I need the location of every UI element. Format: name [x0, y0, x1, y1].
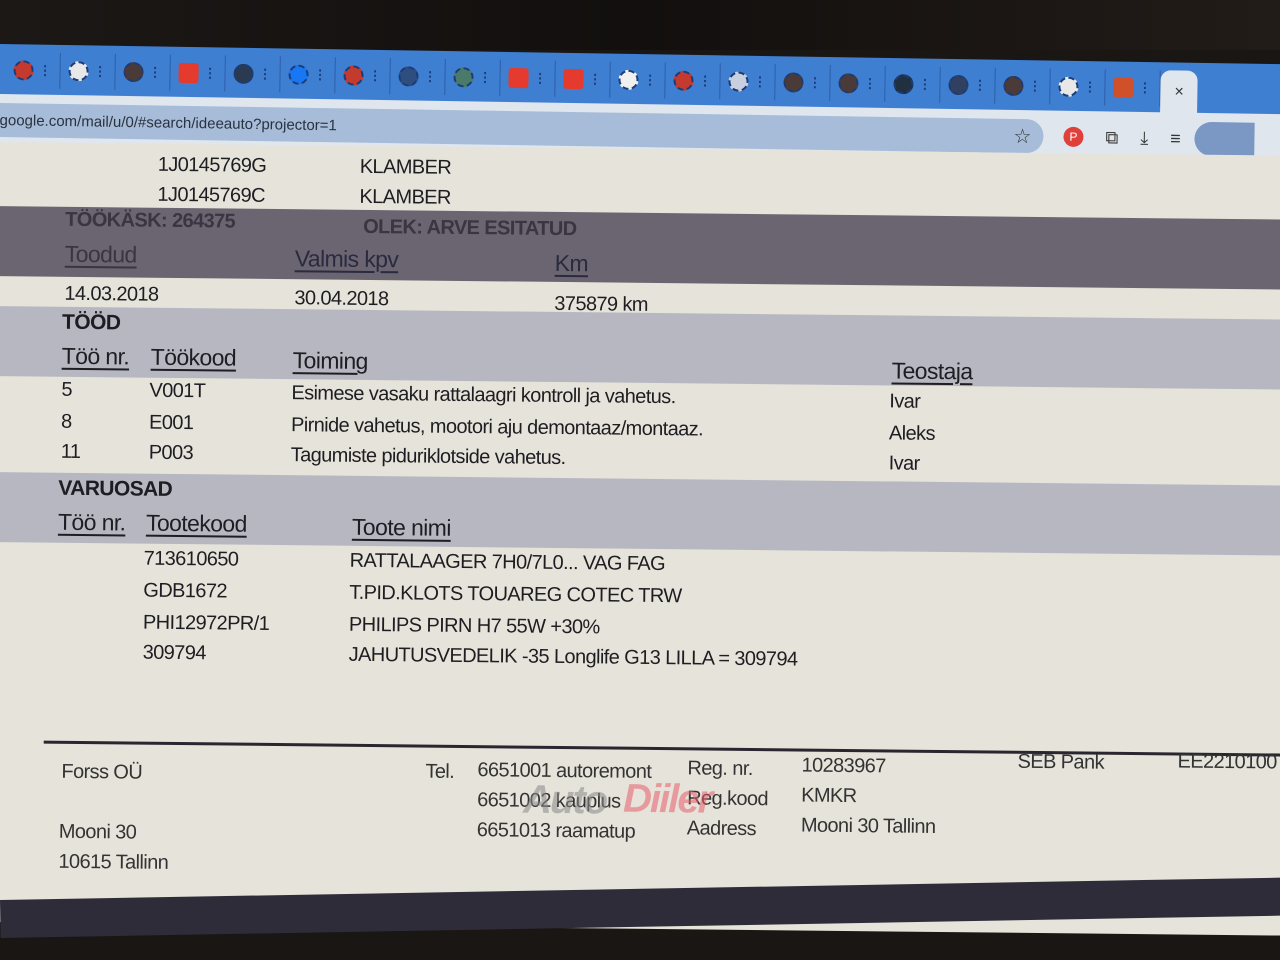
part-code: 1J0145769C [157, 184, 265, 208]
tab-menu-icon: ⋮ [478, 70, 491, 86]
figure-icon [948, 75, 968, 95]
tab-menu-icon: ⋮ [38, 63, 51, 79]
browser-tab[interactable]: ⋮ [610, 62, 666, 99]
col-product-name: Toote nimi [352, 514, 451, 542]
bookmark-star-icon[interactable]: ☆ [1013, 123, 1031, 148]
finished-date: 30.04.2018 [294, 287, 388, 311]
part-name: PHILIPS PIRN H7 55W +30% [349, 614, 600, 640]
col-job-nr: Töö nr. [62, 343, 130, 371]
part-name: T.PID.KLOTS TOUAREG COTEC TRW [349, 582, 682, 608]
globe-icon [233, 64, 253, 84]
part-code: 309794 [143, 642, 206, 666]
reg-nr-value: 10283967 [801, 755, 885, 779]
part-name: KLAMBER [360, 156, 452, 180]
parts-section-title: VARUOSAD [58, 477, 172, 502]
browser-tab[interactable]: ⋮ [1050, 69, 1106, 106]
tel-label: Tel. [425, 761, 454, 784]
facebook-icon [288, 65, 308, 85]
dark-circle-icon [783, 72, 803, 92]
browser-tab[interactable]: ⋮ [280, 56, 336, 93]
record-icon [618, 70, 638, 90]
work-order-number: TÖÖKÄSK: 264375 [65, 209, 235, 234]
browser-tab[interactable]: ⋮ [5, 52, 61, 89]
reading-list-icon[interactable]: ≡ [1170, 128, 1181, 149]
part-name: JAHUTUSVEDELIK -35 Longlife G13 LILLA = … [349, 644, 798, 672]
col-job-code: Töökood [151, 344, 237, 372]
company-street: Mooni 30 [59, 821, 137, 845]
bank-name: SEB Pank [1017, 751, 1104, 775]
cloud-icon [398, 66, 418, 86]
tab-menu-icon: ⋮ [368, 68, 381, 84]
profile-button[interactable] [1195, 122, 1256, 157]
col-product-code: Tootekood [146, 510, 247, 538]
job-nr: 8 [61, 411, 72, 434]
job-nr: 5 [61, 379, 72, 402]
browser-tab[interactable]: ⋮ [170, 55, 226, 92]
browser-tab[interactable]: ⋮ [60, 53, 116, 90]
tab-menu-icon: ⋮ [533, 70, 546, 86]
job-action: Tagumiste piduriklotside vahetus. [291, 444, 566, 470]
tab-menu-icon: ⋮ [1083, 79, 1096, 95]
tab-menu-icon: ⋮ [698, 73, 711, 89]
browser-tab[interactable]: ⋮ [665, 62, 721, 99]
extensions-puzzle-icon[interactable]: ⧉ [1105, 127, 1118, 148]
url-text[interactable]: google.com/mail/u/0/#search/ideeauto?pro… [0, 111, 337, 133]
watermark-diiler: Diiler [623, 777, 712, 823]
part-code: 1J0145769G [158, 154, 267, 178]
tab-menu-icon: ⋮ [588, 71, 601, 87]
bank-iban: EE2210100 [1177, 750, 1276, 774]
youtube-icon [508, 68, 528, 88]
col-worker: Teostaja [892, 357, 973, 385]
red-circle-icon [673, 71, 693, 91]
browser-tab[interactable]: ⋮ [885, 66, 941, 103]
jobs-section-title: TÖÖD [62, 311, 121, 336]
tab-menu-icon: ⋮ [203, 65, 216, 81]
part-name: KLAMBER [359, 186, 451, 210]
brought-date: 14.03.2018 [64, 283, 158, 307]
job-worker: Ivar [889, 390, 920, 413]
browser-tab[interactable]: ⋮ [445, 59, 501, 96]
youtube-icon [178, 63, 198, 83]
address-value: Mooni 30 Tallinn [801, 815, 936, 839]
tab-menu-icon: ⋮ [643, 72, 656, 88]
job-worker: Ivar [889, 452, 920, 475]
browser-tab[interactable]: ⋮ [500, 60, 556, 97]
part-name: RATTALAAGER 7H0/7L0... VAG FAG [350, 550, 666, 576]
browser-tab[interactable]: ⋮ [720, 63, 776, 100]
reg-code-value: KMKR [801, 785, 857, 809]
tab-menu-icon: ⋮ [258, 66, 271, 82]
header-brought: Toodud [65, 241, 137, 269]
company-city: 10615 Tallinn [58, 851, 168, 875]
job-action: Pirnide vahetus, mootori aju demontaaz/m… [291, 414, 703, 441]
tab-menu-icon: ⋮ [148, 64, 161, 80]
browser-tab[interactable]: ⋮ [335, 57, 391, 94]
browser-tab[interactable]: ⋮ [830, 65, 886, 102]
tab-menu-icon: ⋮ [973, 77, 986, 93]
e-circle-icon [728, 71, 748, 91]
monitor-bezel [0, 0, 1280, 50]
close-tab-icon[interactable]: × [1174, 83, 1184, 101]
job-nr: 11 [61, 441, 81, 464]
tab-menu-icon: ⋮ [1138, 80, 1151, 96]
tab-menu-icon: ⋮ [918, 76, 931, 92]
col-part-job-nr: Töö nr. [58, 509, 126, 537]
tab-menu-icon: ⋮ [808, 75, 821, 91]
tab-menu-icon: ⋮ [863, 76, 876, 92]
browser-tab[interactable]: ⋮ [1105, 69, 1161, 106]
tab-menu-icon: ⋮ [753, 74, 766, 90]
red-circle-icon [343, 65, 363, 85]
browser-tab[interactable]: ⋮ [940, 67, 996, 104]
browser-tab[interactable]: ⋮ [115, 54, 171, 91]
browser-tab[interactable]: ⋮ [225, 56, 281, 93]
header-km: Km [555, 250, 589, 277]
header-finished: Valmis kpv [295, 245, 399, 273]
dark-circle-icon [123, 62, 143, 82]
download-icon[interactable]: ⤓ [1140, 127, 1148, 148]
youtube-icon [563, 69, 583, 89]
job-code: V001T [149, 380, 205, 404]
w-circle-icon [1058, 77, 1078, 97]
browser-tab[interactable]: ⋮ [995, 68, 1051, 105]
col-action: Toiming [293, 347, 368, 375]
part-code: GDB1672 [143, 580, 227, 604]
tab-menu-icon: ⋮ [93, 63, 106, 79]
job-code: P003 [149, 442, 194, 465]
red-circle-icon [13, 60, 33, 80]
browser-tab[interactable]: ⋮ [390, 58, 446, 95]
order-status: OLEK: ARVE ESITATUD [363, 216, 577, 241]
browser-tab-active[interactable]: × [1160, 70, 1198, 115]
tab-menu-icon: ⋮ [423, 69, 436, 85]
job-worker: Aleks [889, 422, 935, 445]
browser-tab[interactable]: ⋮ [775, 64, 831, 101]
job-action: Esimese vasaku rattalaagri kontroll ja v… [291, 382, 675, 409]
pinterest-extension-icon[interactable]: P [1063, 127, 1083, 147]
part-code: PHI12972PR/1 [143, 612, 269, 636]
tab-menu-icon: ⋮ [313, 67, 326, 83]
w-circle-icon [68, 61, 88, 81]
dark-circle-icon [838, 73, 858, 93]
orange-square-icon [1113, 77, 1133, 97]
dark-circle-icon [1003, 76, 1023, 96]
company-name: Forss OÜ [61, 761, 142, 785]
green-circle-icon [453, 67, 473, 87]
job-code: E001 [149, 412, 194, 435]
browser-tab[interactable]: ⋮ [555, 61, 611, 98]
tab-menu-icon: ⋮ [1028, 78, 1041, 94]
work-order-document: 1J0145769G KLAMBER 1J0145769C KLAMBER TÖ… [0, 142, 1280, 936]
watermark-auto: Auto [523, 778, 607, 824]
part-code: 713610650 [144, 548, 239, 572]
s-circle-icon [893, 74, 913, 94]
